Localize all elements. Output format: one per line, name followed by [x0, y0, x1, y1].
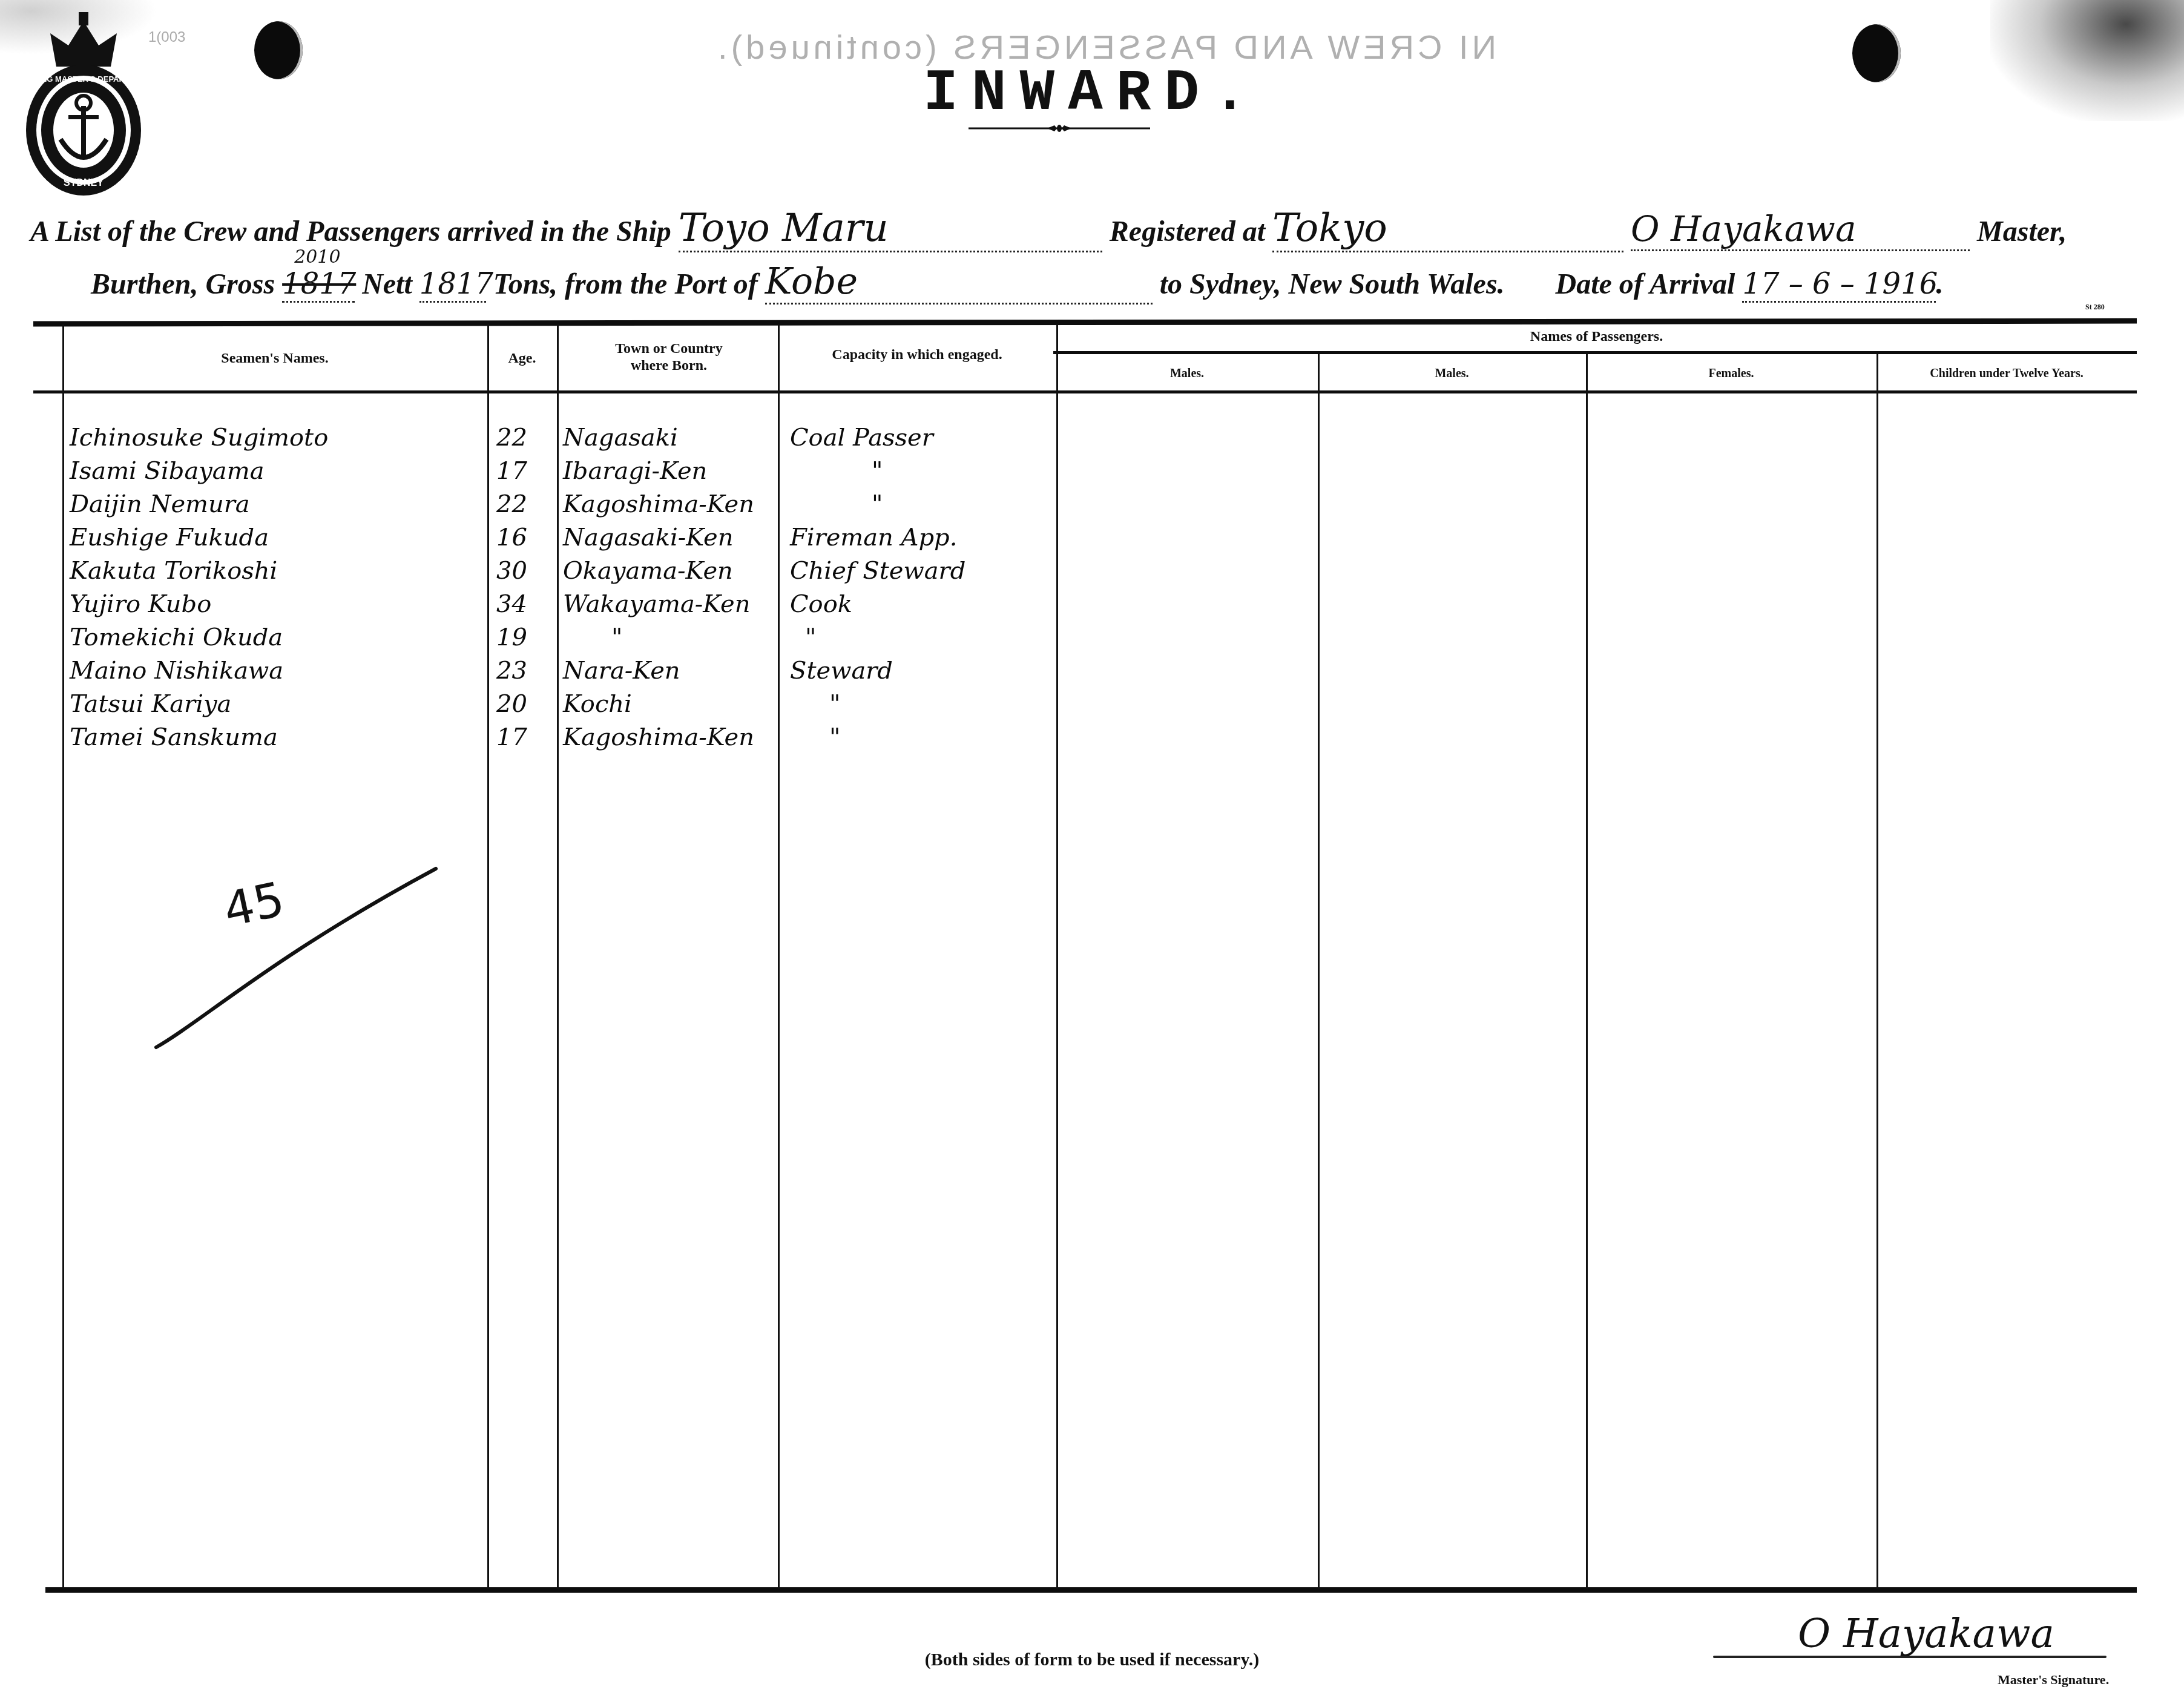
gross-tons-field: 1817 2010	[282, 267, 355, 303]
seaman-birthplace: Ibaragi-Ken	[563, 457, 707, 485]
header-line-1: A List of the Crew and Passengers arrive…	[30, 206, 2067, 252]
seaman-capacity: "	[872, 457, 883, 485]
seaman-age: 17	[496, 723, 527, 751]
seaman-age: 22	[496, 424, 527, 452]
column-header-passengers: Names of Passengers.	[1056, 328, 2137, 345]
column-divider	[557, 324, 559, 1589]
column-divider	[487, 324, 489, 1589]
header-bottom-rule	[33, 390, 2137, 393]
seaman-birthplace: Kagoshima-Ken	[563, 723, 754, 751]
column-header-males: Males.	[1318, 365, 1586, 382]
registered-label: Registered at	[1110, 216, 1265, 248]
seaman-birthplace: Kochi	[563, 690, 632, 718]
column-header-seamen-names: Seamen's Names.	[62, 350, 487, 367]
seaman-name: Tatsui Kariya	[70, 690, 231, 718]
list-prefix: A List of the Crew and Passengers arrive…	[30, 216, 671, 248]
seaman-capacity: Cook	[790, 590, 852, 618]
seaman-name: Tamei Sanskuma	[70, 723, 278, 751]
seaman-capacity: "	[872, 490, 883, 518]
seaman-age: 20	[496, 690, 527, 718]
master-label: Master,	[1977, 216, 2067, 248]
column-header-children: Children under Twelve Years.	[1876, 365, 2137, 382]
seaman-name: Tomekichi Okuda	[70, 624, 283, 651]
seaman-capacity: "	[805, 624, 816, 651]
seaman-birthplace: Nara-Ken	[563, 657, 680, 685]
arrival-label: Date of Arrival	[1556, 268, 1735, 300]
master-name-field: O Hayakawa	[1631, 208, 1970, 251]
signature-line	[1713, 1656, 2107, 1658]
gross-struck-value: 1817	[282, 267, 356, 301]
seaman-capacity: Chief Steward	[790, 557, 965, 585]
ornament-divider	[969, 124, 1150, 133]
seaman-name: Kakuta Torikoshi	[70, 557, 277, 585]
svg-text:SYDNEY: SYDNEY	[64, 178, 104, 188]
tons-port-label: Tons, from the Port of	[493, 268, 758, 300]
seaman-name: Eushige Fukuda	[70, 524, 269, 551]
seaman-birthplace: "	[611, 624, 622, 651]
seaman-birthplace: Nagasaki	[563, 424, 678, 452]
column-header-age: Age.	[487, 350, 557, 367]
column-header-town: Town or Country where Born.	[599, 340, 738, 374]
column-header-capacity: Capacity in which engaged.	[778, 346, 1056, 363]
seaman-name: Yujiro Kubo	[70, 590, 211, 618]
page-title: INWARD.	[0, 61, 2184, 127]
seaman-age: 30	[496, 557, 527, 585]
nett-tons-field: 1817	[419, 267, 486, 303]
gross-value: 2010	[294, 246, 340, 268]
registered-at-field: Tokyo	[1272, 206, 1623, 252]
column-header-females: Females.	[1586, 365, 1876, 382]
seaman-name: Daijin Nemura	[70, 490, 250, 518]
column-divider	[1586, 354, 1588, 1589]
header-line-2: Burthen, Gross 1817 2010 Nett 1817 Tons,…	[91, 260, 1943, 304]
seaman-age: 19	[496, 624, 527, 651]
table-top-rule	[33, 318, 2137, 327]
seaman-age: 22	[496, 490, 527, 518]
master-signature: O Hayakawa	[1798, 1610, 2054, 1657]
arrival-date-field: 17 – 6 – 1916	[1742, 267, 1936, 303]
period: .	[1936, 268, 1943, 300]
seaman-capacity: "	[829, 690, 840, 718]
seaman-capacity: Steward	[790, 657, 893, 685]
seaman-name: Maino Nishikawa	[70, 657, 283, 685]
column-header-males: Males.	[1056, 365, 1318, 382]
column-divider	[1876, 354, 1878, 1589]
nett-label: Nett	[362, 268, 412, 300]
column-divider	[1056, 324, 1058, 1589]
column-divider	[1318, 354, 1320, 1589]
seaman-birthplace: Wakayama-Ken	[563, 590, 751, 618]
column-divider	[778, 324, 780, 1589]
destination-label: to Sydney, New South Wales.	[1160, 268, 1505, 300]
column-divider	[62, 324, 64, 1589]
seaman-age: 34	[496, 590, 527, 618]
seaman-name: Isami Sibayama	[70, 457, 264, 485]
seaman-age: 23	[496, 657, 527, 685]
form-code: 1(003	[148, 29, 185, 46]
signature-label: Master's Signature.	[1998, 1672, 2109, 1688]
seaman-birthplace: Nagasaki-Ken	[563, 524, 733, 551]
burthen-label: Burthen, Gross	[91, 268, 275, 300]
seaman-age: 16	[496, 524, 527, 551]
form-number: St 280	[2085, 303, 2105, 312]
passenger-subheader-rule	[1053, 351, 2137, 354]
ship-name-field: Toyo Maru	[679, 206, 1102, 252]
table-bottom-rule	[45, 1587, 2137, 1593]
port-field: Kobe	[765, 260, 1153, 304]
seaman-birthplace: Kagoshima-Ken	[563, 490, 754, 518]
seaman-age: 17	[496, 457, 527, 485]
seaman-capacity: Coal Passer	[790, 424, 933, 452]
seaman-capacity: Fireman App.	[790, 524, 957, 551]
seaman-capacity: "	[829, 723, 840, 751]
seaman-name: Ichinosuke Sugimoto	[70, 424, 328, 452]
closing-stroke	[151, 860, 442, 1053]
seaman-birthplace: Okayama-Ken	[563, 557, 733, 585]
